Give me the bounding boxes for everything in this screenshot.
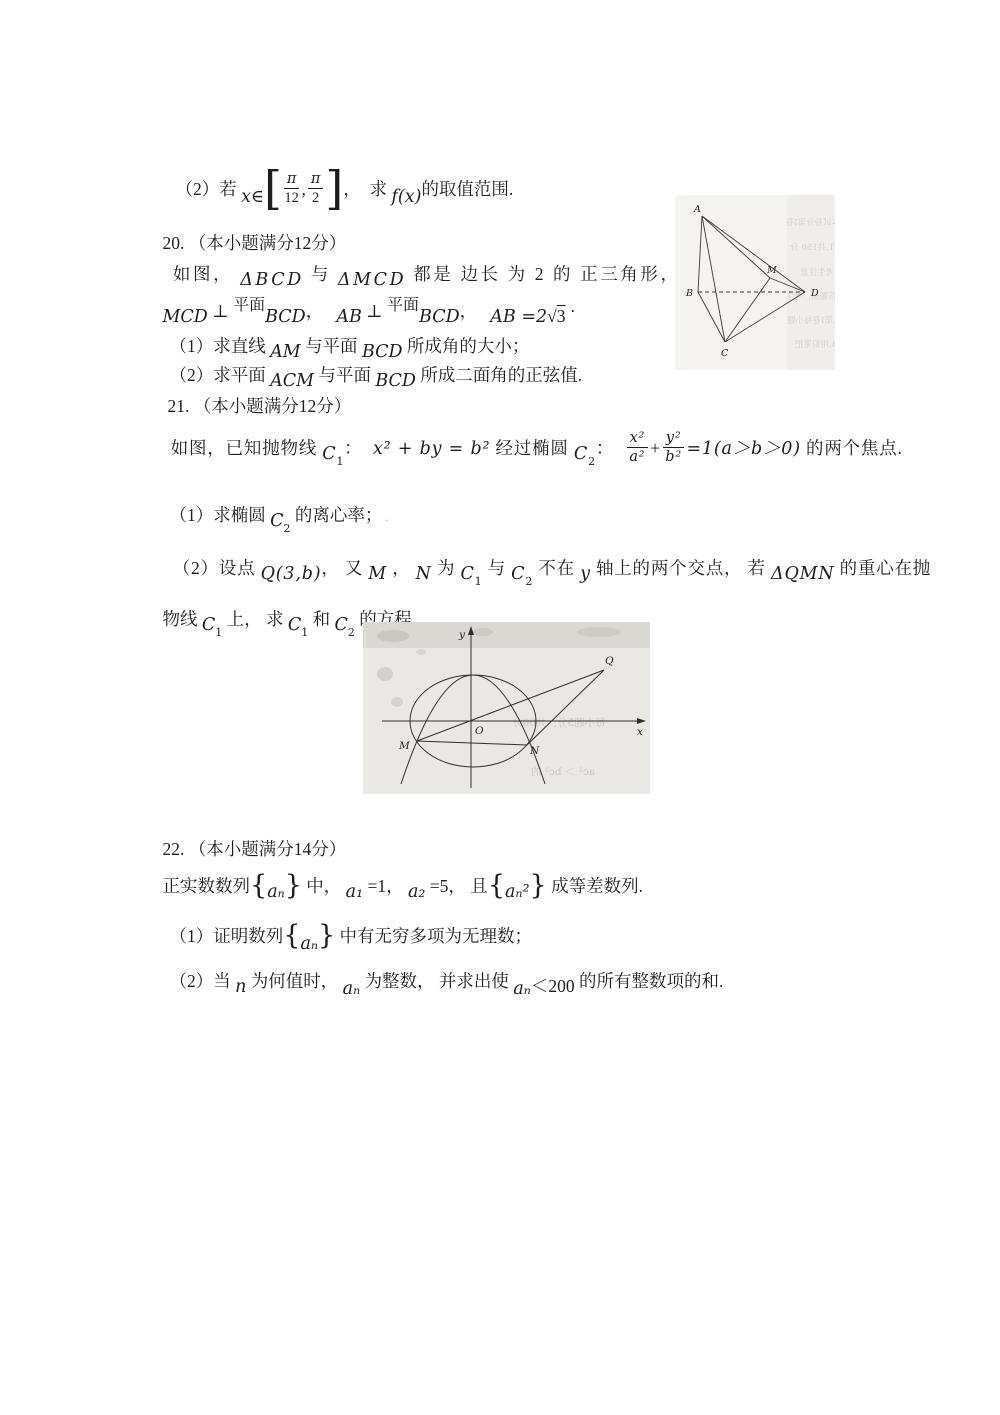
smudge [416, 649, 426, 655]
math-run: C1 [322, 443, 344, 470]
fraction-denominator: b² [663, 448, 685, 466]
scan-artifact-dot: . [382, 510, 388, 524]
fraction: x²a² [627, 430, 649, 466]
fraction-denominator: 12 [284, 189, 300, 207]
label-y-axis: y [458, 629, 466, 641]
text-run: 和 [308, 609, 334, 629]
q20-figure: 本试卷分第Ⅰ卷 01,共150 分 考生注意 1.答题前，考生 2.第Ⅰ卷每小题… [675, 195, 835, 370]
vertex-label-B: B [685, 288, 693, 299]
inequality-run: ＜200 [531, 975, 575, 999]
text-run: 经过椭圆 [490, 438, 574, 458]
math-run: C2 [335, 614, 355, 641]
bleed-line: 本试卷分第Ⅰ卷 [785, 217, 835, 228]
curve-symbol: C [202, 615, 215, 635]
label-x-axis: x [637, 726, 643, 738]
vertex-label-A: A [693, 204, 701, 215]
plus-symbol: + [650, 438, 661, 458]
math-run: C1 [288, 614, 308, 641]
math-run: aₙ [513, 978, 531, 1002]
curve-subscript: 2 [588, 455, 596, 468]
label-point-N: N [529, 745, 540, 757]
text-run: （1）求椭圆 [170, 505, 271, 525]
exam-page: （2）若 x∈[π12,π2]， 求 f(x)的取值范围. 20. （本小题满分… [0, 0, 1000, 1415]
math-run: f(x) [391, 186, 421, 210]
label-origin: O [475, 725, 484, 737]
text-run: ， 求 [343, 179, 391, 199]
math-run: aₙ [343, 978, 361, 1002]
bleed-line: 3.用铅笔把 [794, 339, 835, 350]
text-run: · [566, 301, 576, 321]
fraction-denominator: a² [627, 448, 649, 466]
bleed-line: 2.第Ⅰ卷每小题 [787, 315, 835, 326]
math-run: ΔQMN [771, 563, 834, 587]
curve-subscript: 1 [215, 626, 222, 639]
text-run: 物线 [163, 609, 202, 629]
curve-symbol: C [322, 444, 336, 464]
text-run: 中， [302, 876, 346, 896]
smudge [377, 667, 393, 681]
math-run: x² + by = b² [373, 439, 490, 459]
math-run: BCD [375, 370, 416, 394]
fraction-denominator: 2 [308, 189, 324, 207]
smudge [377, 630, 409, 642]
text-run: ： [596, 438, 625, 458]
text-run: ： [344, 438, 373, 458]
smudge [473, 628, 493, 636]
math-run: y [580, 563, 591, 587]
text-run: 不在 [533, 558, 580, 578]
curve-subscript: 1 [475, 575, 483, 588]
tetrahedron-figure: 本试卷分第Ⅰ卷 01,共150 分 考生注意 1.答题前，考生 2.第Ⅰ卷每小题… [675, 195, 835, 370]
brace-right: } [530, 870, 547, 901]
smudge [391, 697, 403, 707]
text-run: ， 又 [321, 558, 368, 578]
fraction-numerator: π [284, 171, 300, 190]
bracket-right: ] [325, 161, 343, 215]
fraction-numerator: y² [663, 430, 685, 449]
text-run: 中有无穷多项为无理数； [335, 926, 532, 946]
text-run: （2）若 [176, 179, 242, 199]
text-run: （2）当 [170, 971, 236, 991]
q21-figure: 每小题5分，共60分 ac² ＞ bc² 的 y x O M [363, 622, 650, 794]
text-run: 上， 求 [222, 609, 288, 629]
text-run: （2）设点 [173, 558, 261, 578]
curve-subscript: 1 [336, 455, 344, 468]
text-run: ， [387, 558, 416, 578]
smudge [577, 627, 621, 637]
text-run: 正实数数列 [163, 876, 251, 896]
curve-symbol: C [270, 511, 283, 531]
curve-subscript: 2 [525, 575, 533, 588]
label-point-Q: Q [605, 655, 614, 667]
text-run: 的两个焦点. [801, 438, 903, 458]
text-run: 的重心在抛 [834, 558, 931, 578]
text-run: 的离心率； [291, 505, 383, 525]
text-run: （1）证明数列 [170, 926, 284, 946]
bleed-line: ac² ＞ bc² 的 [530, 766, 595, 778]
curve-symbol: C [460, 564, 474, 584]
math-run: M [368, 563, 387, 587]
fraction: π12 [284, 171, 300, 207]
text-run: 的取值范围. [421, 179, 513, 199]
math-run: C1 [202, 614, 222, 641]
math-run: C2 [574, 443, 596, 470]
text-run: 为 [432, 558, 461, 578]
math-run: =1(a＞b＞0) [686, 439, 800, 459]
vertex-label-M: M [766, 265, 777, 276]
bleed-line: 01,共150 分 [790, 242, 835, 253]
fraction: π2 [308, 171, 324, 207]
conic-figure: 每小题5分，共60分 ac² ＞ bc² 的 y x O M [363, 622, 650, 794]
math-run: N [416, 563, 432, 587]
math-run: x∈ [241, 186, 264, 210]
math-run: C2 [511, 563, 533, 590]
math-run: Q(3,b) [261, 563, 322, 587]
comma: , [301, 179, 305, 199]
vertex-label-D: D [810, 288, 819, 299]
fraction: y²b² [663, 430, 685, 466]
math-run: C1 [460, 563, 482, 590]
bleed-line: 考生注意 [800, 267, 835, 278]
curve-subscript: 2 [348, 626, 355, 639]
curve-symbol: C [335, 615, 348, 635]
bracket-left: [ [264, 161, 282, 215]
radical-symbol: √ [547, 305, 557, 329]
text-run: 如图，已知抛物线 [171, 438, 323, 458]
q22-item-2: （2）当 n 为何值时， aₙ 为整数， 并求出使 aₙ＜200 的所有整数项的… [152, 946, 723, 1018]
radicand: 3 [557, 305, 566, 329]
curve-symbol: C [288, 615, 301, 635]
text-run: 与 [482, 558, 511, 578]
text-run: 为何值时， [246, 971, 342, 991]
text-run: 为整数， 并求出使 [360, 971, 513, 991]
text-run: 轴上的两个交点， 若 [591, 558, 771, 578]
text-run: 的所有整数项的和. [575, 971, 724, 991]
text-run: 所成二面角的正弦值. [416, 365, 582, 385]
label-point-M: M [398, 740, 410, 752]
math-run: n [235, 976, 246, 1000]
text-run: 成等差数列. [547, 876, 643, 896]
fraction-numerator: π [308, 171, 324, 190]
text-run: =5， 且 [425, 876, 487, 896]
text-run: =1， [363, 876, 408, 896]
bleed-line: 每小题5分，共60分 [512, 716, 606, 729]
vertex-label-C: C [721, 348, 729, 359]
curve-symbol: C [574, 444, 588, 464]
fraction-numerator: x² [627, 430, 649, 449]
curve-symbol: C [511, 564, 525, 584]
curve-subscript: 1 [301, 626, 308, 639]
